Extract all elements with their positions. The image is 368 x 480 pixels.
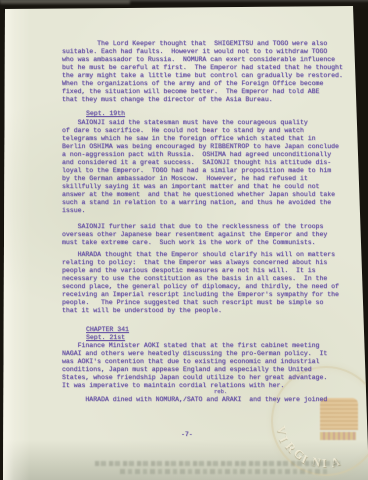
paragraph-aoki-cabinet: Finance Minister AOKI stated that at the…: [62, 342, 327, 390]
heading-chapter-341: CHAPTER 341: [86, 326, 129, 334]
paragraph-lord-keeper: The Lord Keeper thought that SHIGEMITSU …: [62, 40, 343, 104]
paragraph-saionji-statesman: SAIONJI said the statesman must have the…: [62, 119, 339, 215]
paragraph-harada-dined: HARADA dined with NOMURA,/SATO and ARAKI…: [62, 396, 327, 404]
page-number: -7-: [181, 431, 193, 439]
paragraph-harada-emperor-will: HARADA thought that the Emperor should c…: [62, 251, 339, 315]
bleed-through-line-2: [120, 469, 330, 474]
heading-sept-21: Sept. 21st: [86, 334, 125, 342]
document-page: VIRGINIA The Lord Keeper thought that SH…: [0, 0, 368, 480]
paragraph-saionji-recklessness: SAIONJI further said that due to the rec…: [62, 223, 327, 247]
inserted-correction-note: reb.: [214, 388, 227, 396]
heading-sept-19: Sept. 19th: [86, 110, 125, 118]
bleed-through-line-1: [95, 461, 340, 466]
scanned-page-background: VIRGINIA The Lord Keeper thought that SH…: [0, 0, 368, 480]
